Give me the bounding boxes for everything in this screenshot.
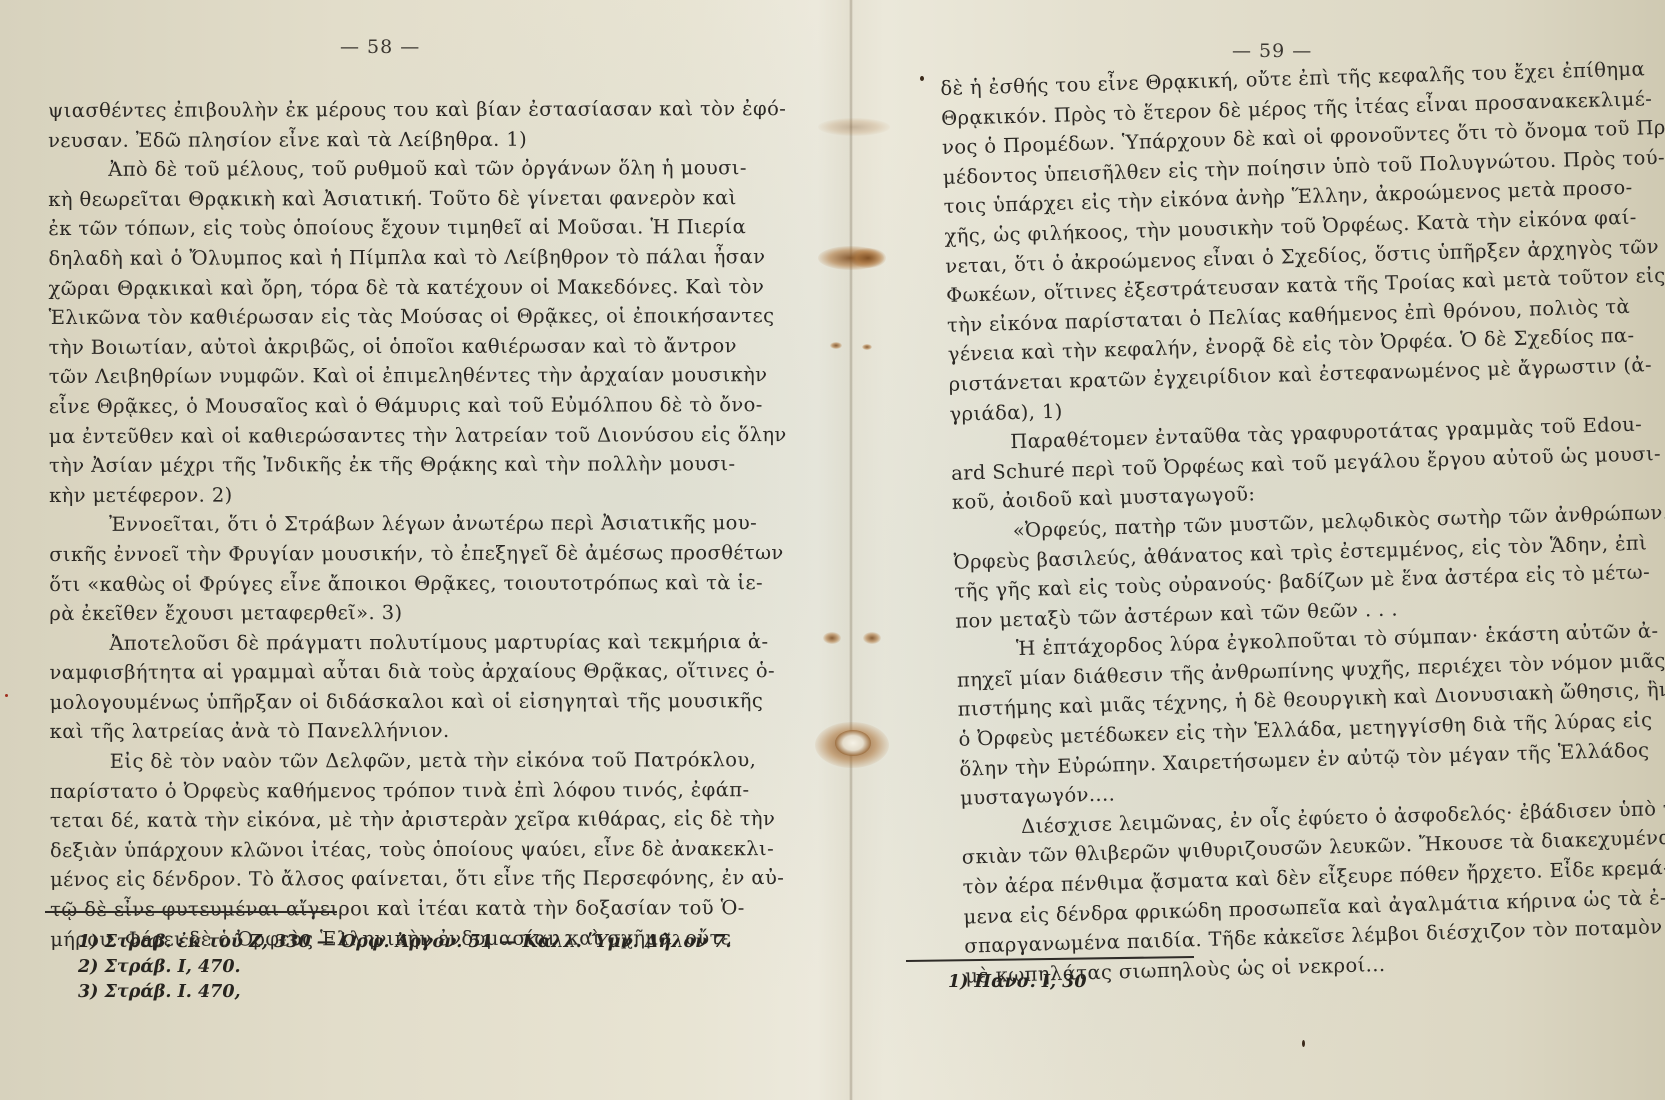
text-line: δεξιὰν ὑπάρχουν κλῶνοι ἰτέας, τοὺς ὁποίο… <box>50 834 750 865</box>
rust-spot <box>830 342 842 349</box>
text-line: σικῆς ἐννοεῖ τὴν Φρυγίαν μουσικήν, τὸ ἐπ… <box>49 538 749 569</box>
binding-stain <box>850 248 886 268</box>
text-line: ναμφισβήτητα αἱ γραμμαὶ αὗται διὰ τοὺς ἀ… <box>49 656 749 687</box>
text-line: ὅτι «καθὼς οἱ Φρύγες εἶνε ἄποικοι Θρᾷκες… <box>49 568 749 599</box>
text-line: κὴ θεωρεῖται Θρᾳκικὴ καὶ Ἀσιατική. Τοῦτο… <box>48 183 748 214</box>
text-line: καὶ τῆς λατρείας ἀνὰ τὸ Πανελλήνιον. <box>50 716 750 747</box>
text-line: τῷ δὲ εἶνε φυτευμέναι αἴγειροι καὶ ἰτέαι… <box>50 893 750 924</box>
text-line: νευσαν. Ἐδῶ πλησίον εἶνε καὶ τὰ Λείβηθρα… <box>48 124 748 155</box>
rust-spot <box>863 632 881 644</box>
right-page: — 59 — δὲ ἡ ἐσθής του εἶνε Θρᾳκική, οὔτε… <box>852 0 1665 1100</box>
ink-speck <box>920 76 924 81</box>
footnote: 2) Στράβ. Ι, 470. <box>78 955 732 980</box>
text-line: Ἀπὸ δὲ τοῦ μέλους, τοῦ ρυθμοῦ καὶ τῶν ὀρ… <box>48 153 748 184</box>
text-line: χῶραι Θρᾳκικαὶ καὶ ὄρη, τόρα δὲ τὰ κατέχ… <box>48 272 748 303</box>
text-line: δηλαδὴ καὶ ὁ Ὄλυμπος καὶ ἡ Πίμπλα καὶ τὸ… <box>48 242 748 273</box>
text-line: παρίστατο ὁ Ὀρφεὺς καθήμενος τρόπον τινὰ… <box>50 775 750 806</box>
ink-speck <box>5 694 8 697</box>
text-line: τεται δέ, κατὰ τὴν εἰκόνα, μὲ τὴν ἀριστε… <box>50 804 750 835</box>
binding-stain <box>818 118 890 136</box>
text-line: Ἑλικῶνα τὸν καθιέρωσαν εἰς τὰς Μούσας οἱ… <box>49 301 749 332</box>
ink-speck <box>1302 1040 1305 1047</box>
text-line: μένος εἰς δένδρον. Τὸ ἄλσος φαίνεται, ὅτ… <box>50 864 750 895</box>
page-number: — 59 — <box>1232 40 1312 62</box>
text-line: ψιασθέντες ἐπιβουλὴν ἐκ μέρους του καὶ β… <box>48 94 748 125</box>
text-line: Εἰς δὲ τὸν ναὸν τῶν Δελφῶν, μετὰ τὴν εἰκ… <box>50 745 750 776</box>
book-spread: — 58 — ψιασθέντες ἐπιβουλὴν ἐκ μέρους το… <box>0 0 1665 1100</box>
footnote-rule <box>45 911 337 913</box>
text-line: ρὰ ἐκεῖθεν ἔχουσι μεταφερθεῖ». 3) <box>49 597 749 628</box>
rust-spot <box>862 344 872 350</box>
text-line: εἶνε Θρᾷκες, ὁ Μουσαῖος καὶ ὁ Θάμυρις κα… <box>49 390 749 421</box>
text-line: μα ἐντεῦθεν καὶ οἱ καθιερώσαντες τὴν λατ… <box>49 420 749 451</box>
text-line: Ἐννοεῖται, ὅτι ὁ Στράβων λέγων ἀνωτέρω π… <box>49 508 749 539</box>
text-line: τῶν Λειβηθρίων νυμφῶν. Καὶ οἱ ἐπιμεληθέν… <box>49 361 749 392</box>
left-page: — 58 — ψιασθέντες ἐπιβουλὴν ἐκ μέρους το… <box>0 0 852 1100</box>
text-line: ἐκ τῶν τόπων, εἰς τοὺς ὁποίους ἔχουν τιμ… <box>48 213 748 244</box>
text-line: Ἀποτελοῦσι δὲ πράγματι πολυτίμους μαρτυρ… <box>49 627 749 658</box>
page-number: — 58 — <box>340 36 420 58</box>
footnote: 3) Στράβ. Ι. 470, <box>78 980 732 1005</box>
body-text: ψιασθέντες ἐπιβουλὴν ἐκ μέρους του καὶ β… <box>48 94 750 954</box>
text-line: κὴν μετέφερον. 2) <box>49 479 749 510</box>
rust-spot <box>823 632 841 644</box>
footnotes: 1) Στραβ. ἐκ τοῦ Ζ, 330 — Ὀρφ. Ἀργον. 51… <box>78 930 732 1005</box>
binding-hole <box>835 730 871 756</box>
book-gutter <box>849 0 853 1100</box>
text-line: μολογουμένως ὑπῆρξαν οἱ διδάσκαλοι καὶ ο… <box>50 686 750 717</box>
footnote: 1) Πανσ. Ι, 30 <box>948 970 1087 995</box>
text-line: τὴν Βοιωτίαν, αὐτοὶ ἀκριβῶς, οἱ ὁποῖοι κ… <box>49 331 749 362</box>
text-line: τὴν Ἀσίαν μέχρι τῆς Ἰνδικῆς ἐκ τῆς Θρᾴκη… <box>49 449 749 480</box>
footnotes: 1) Πανσ. Ι, 30 <box>948 970 1087 995</box>
body-text: δὲ ἡ ἐσθής του εἶνε Θρᾳκική, οὔτε ἐπὶ τῆ… <box>940 54 1665 991</box>
footnote: 1) Στραβ. ἐκ τοῦ Ζ, 330 — Ὀρφ. Ἀργον. 51… <box>78 930 732 955</box>
